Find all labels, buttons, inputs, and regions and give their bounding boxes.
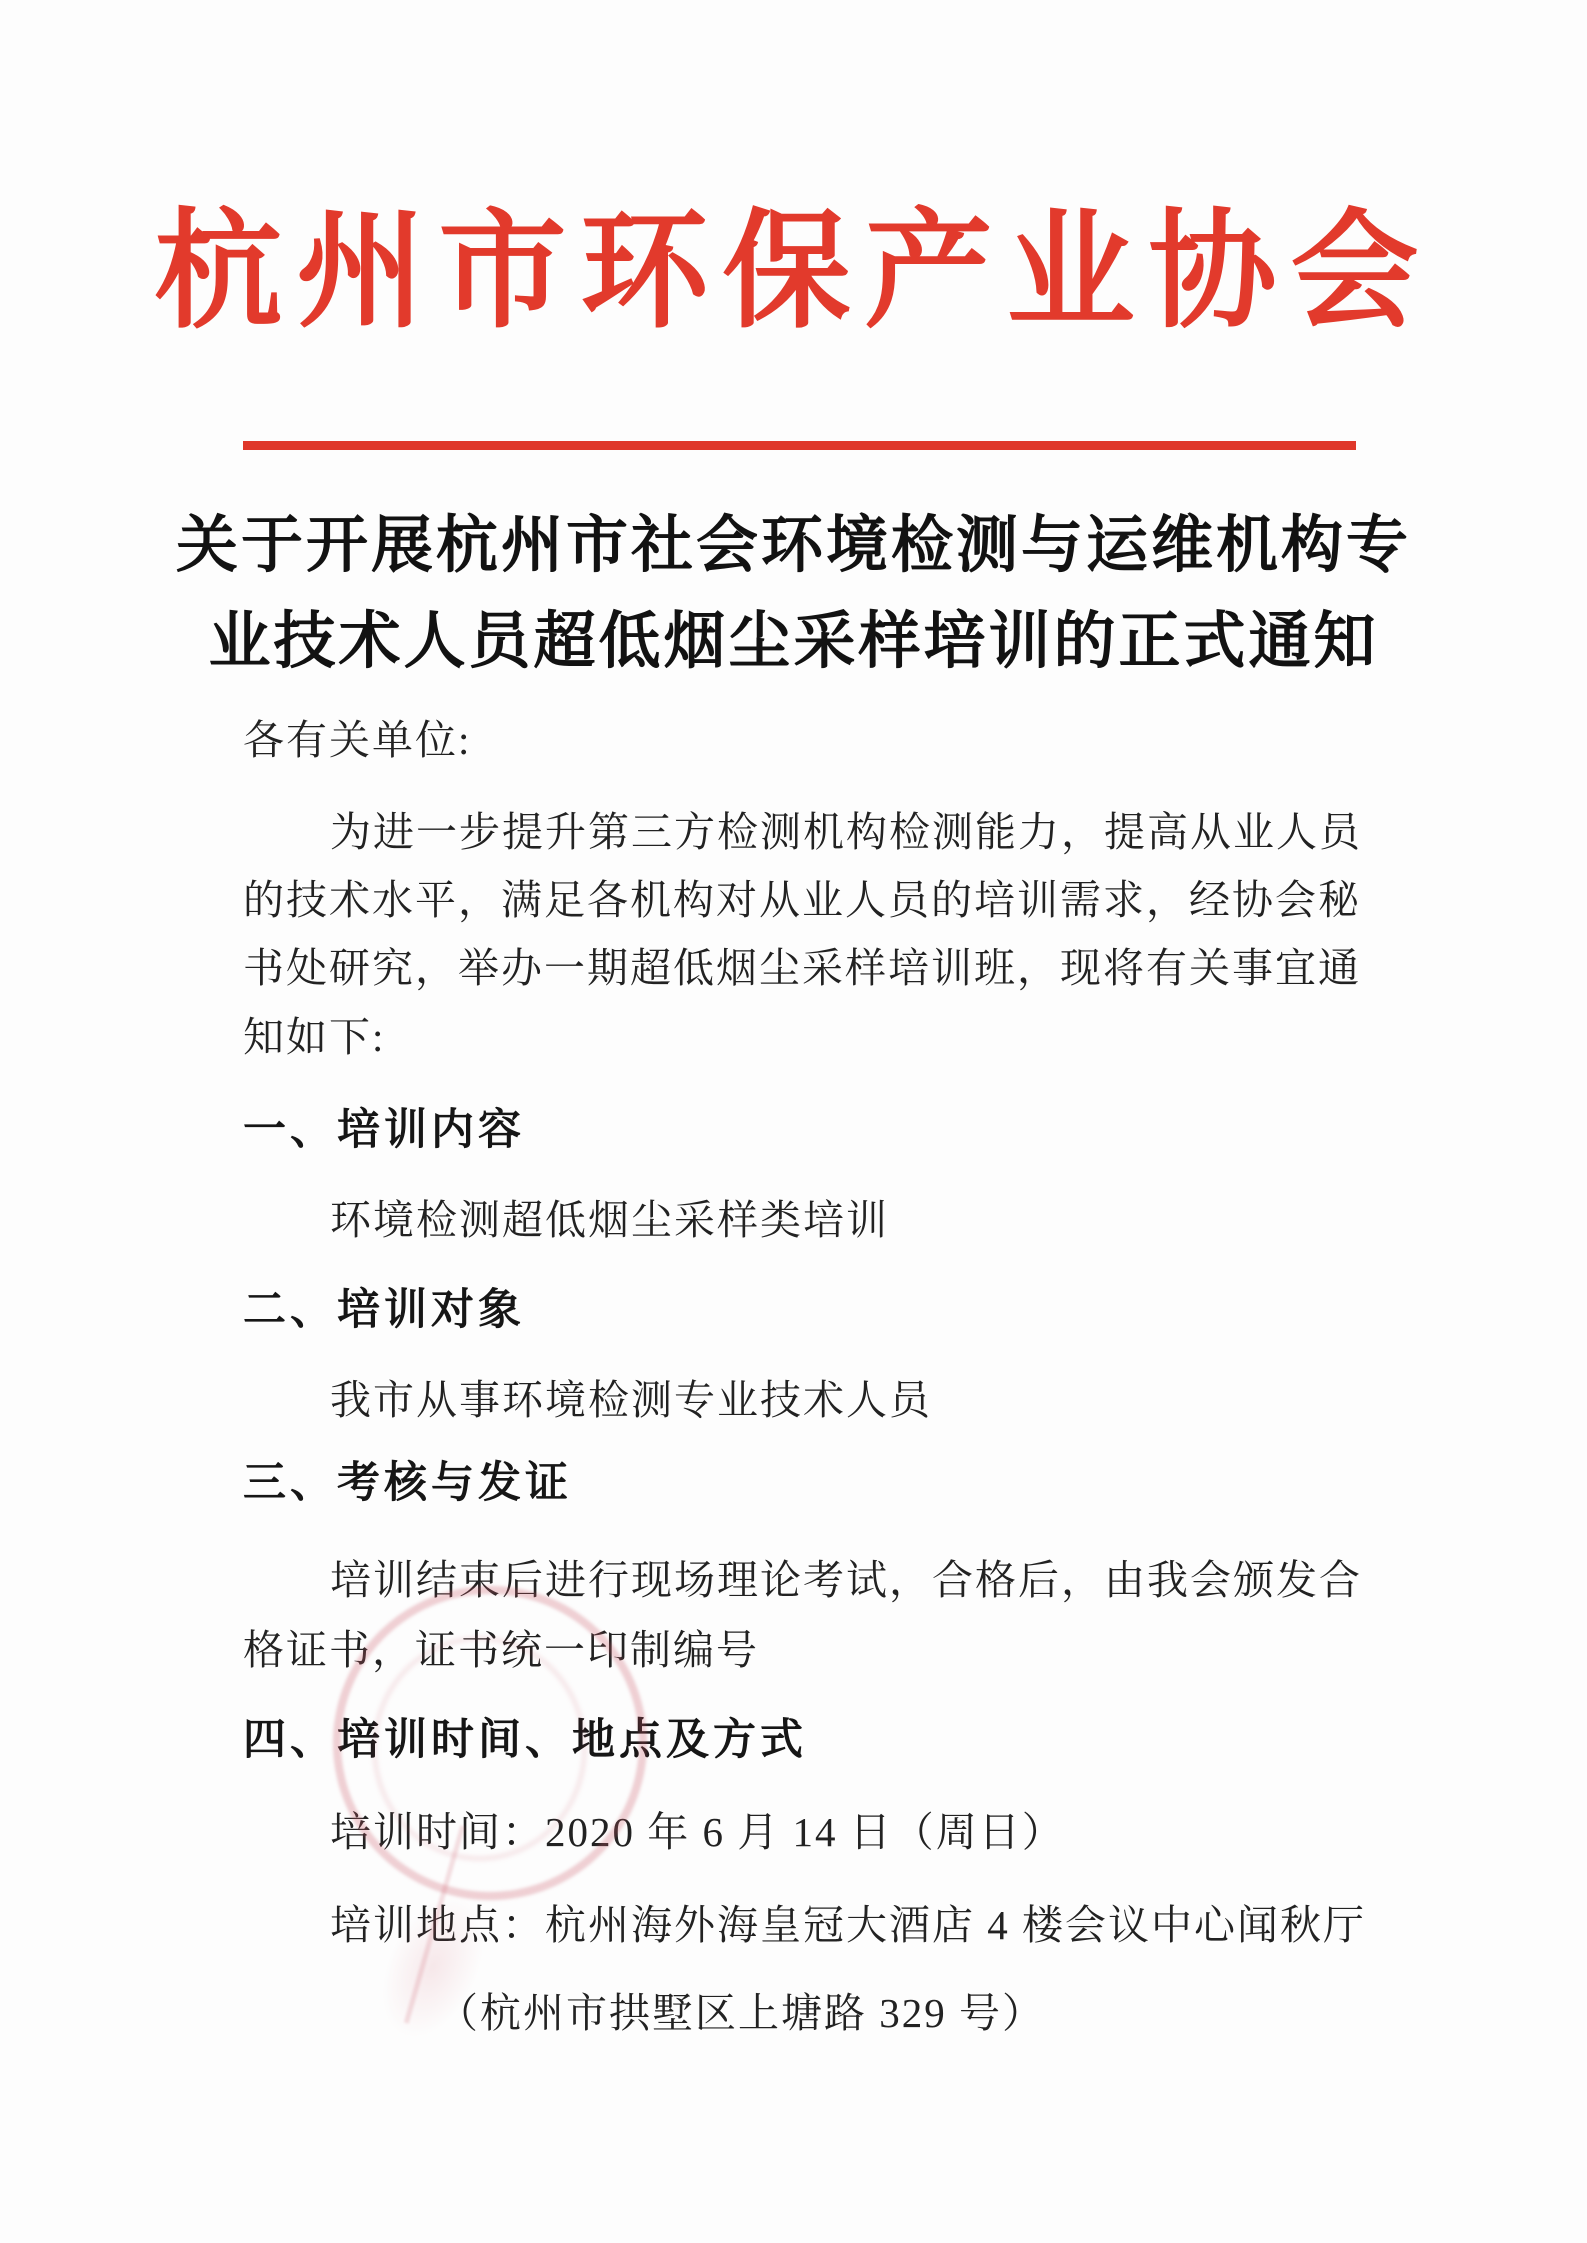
letterhead-org-name: 杭州市环保产业协会 [0, 190, 1587, 355]
seal-inner-arc [372, 1636, 587, 1861]
salutation: 各有关单位: [243, 706, 471, 774]
section-line: 环境检测超低烟尘采样类培训 [330, 1186, 889, 1254]
section-line: 我市从事环境检测专业技术人员 [330, 1366, 932, 1434]
document-title-line1: 关于开展杭州市社会环境检测与运维机构专 [0, 498, 1587, 594]
section-line-address: （杭州市拱墅区上塘路 329 号） [437, 1979, 1045, 2047]
intro-line: 的技术水平，满足各机构对从业人员的培训需求，经协会秘 [243, 866, 1361, 934]
scanned-notice-page: 杭州市环保产业协会 关于开展杭州市社会环境检测与运维机构专 业技术人员超低烟尘采… [0, 0, 1587, 2243]
section-heading-training-content: 一、培训内容 [243, 1096, 525, 1164]
section-heading-training-audience: 二、培训对象 [243, 1276, 525, 1344]
intro-line: 为进一步提升第三方检测机构检测能力，提高从业人员 [330, 798, 1362, 866]
section-heading-assessment-certificate: 三、考核与发证 [243, 1449, 572, 1517]
document-title-line2: 业技术人员超低烟尘采样培训的正式通知 [0, 594, 1587, 690]
document-title: 关于开展杭州市社会环境检测与运维机构专 业技术人员超低烟尘采样培训的正式通知 [0, 498, 1587, 690]
intro-line: 书处研究，举办一期超低烟尘采样培训班，现将有关事宜通 [243, 934, 1361, 1002]
letterhead-divider-rule [243, 441, 1356, 450]
intro-line: 知如下: [243, 1003, 385, 1071]
